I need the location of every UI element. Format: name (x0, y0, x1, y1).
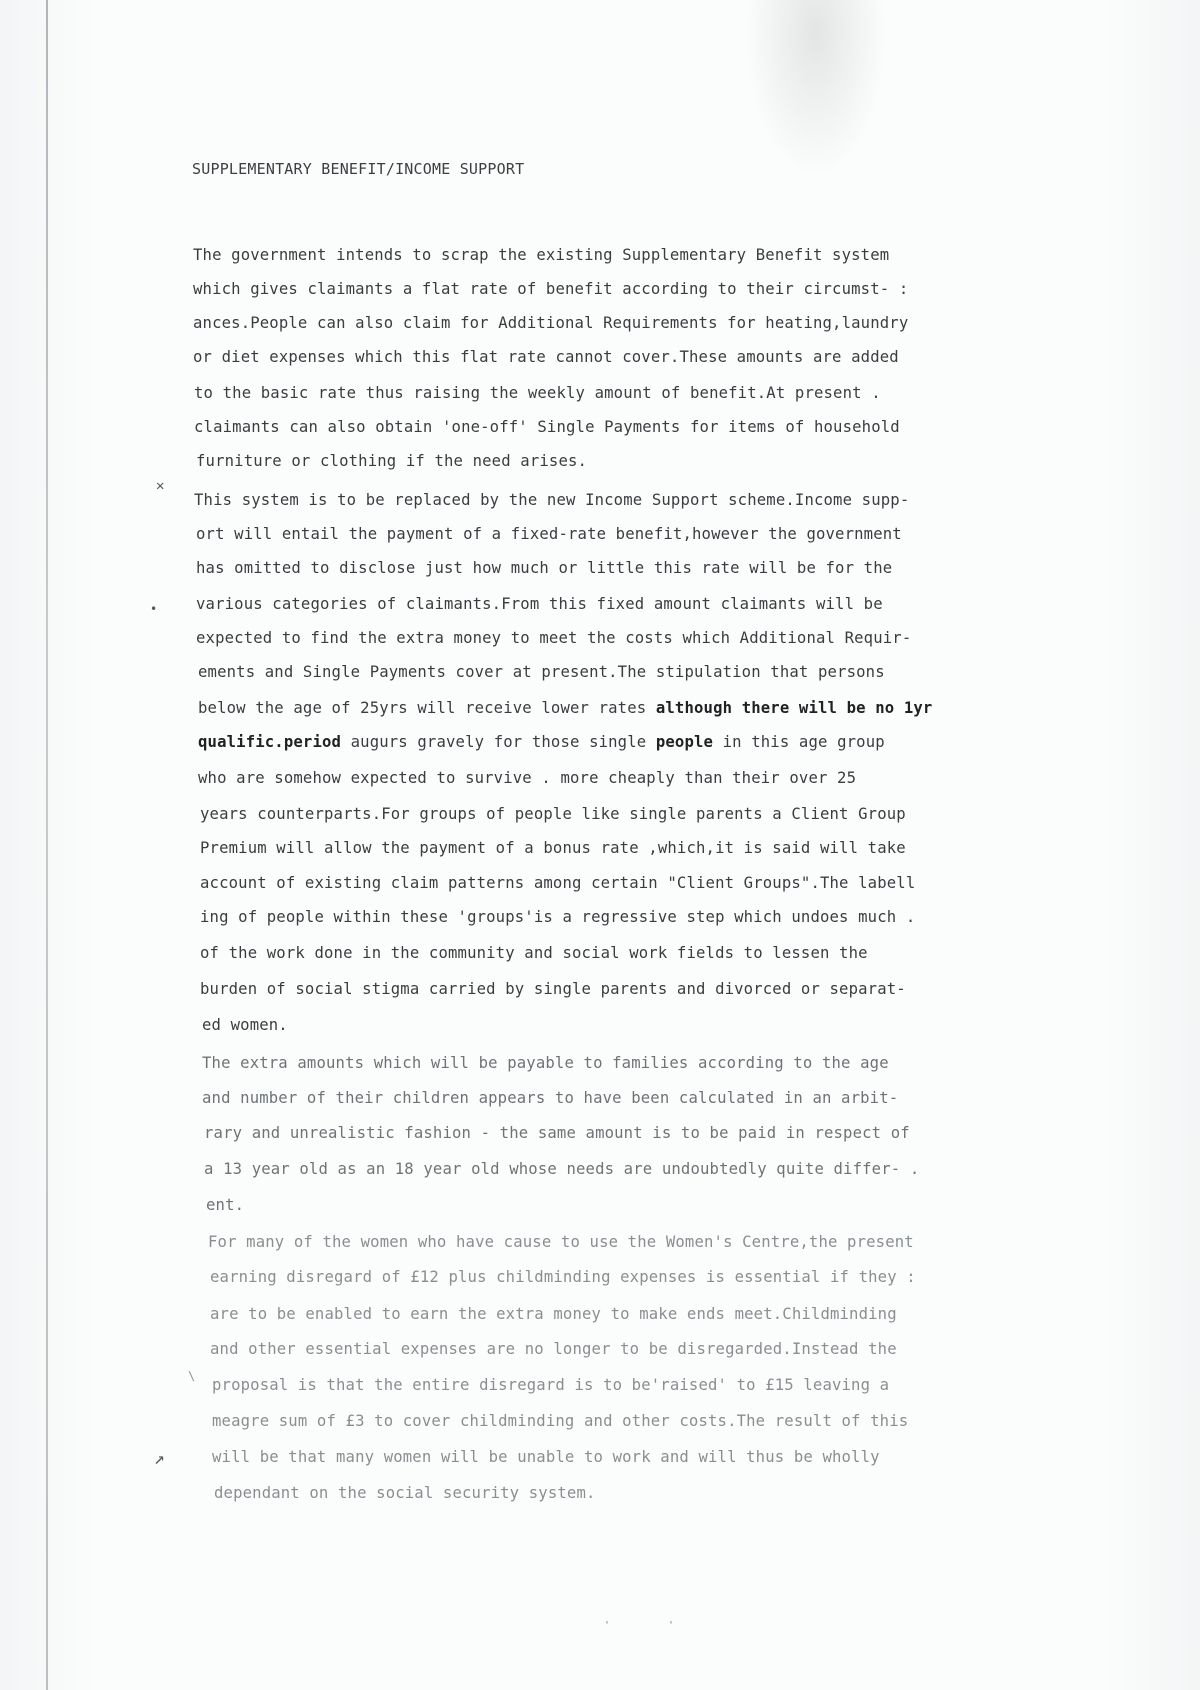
text-line: below the age of 25yrs will receive lowe… (198, 699, 932, 717)
text-segment: ing of people within these 'groups'is a … (200, 908, 915, 926)
text-segment: account of existing claim patterns among… (200, 874, 915, 892)
text-line: a 13 year old as an 18 year old whose ne… (204, 1160, 919, 1178)
text-segment: a 13 year old as an 18 year old whose ne… (204, 1160, 919, 1178)
text-segment: The government intends to scrap the exis… (193, 246, 889, 264)
text-line: ent. (206, 1196, 244, 1214)
text-segment: or diet expenses which this flat rate ca… (193, 348, 899, 366)
text-line: claimants can also obtain 'one-off' Sing… (194, 418, 900, 436)
text-line: The government intends to scrap the exis… (193, 246, 889, 264)
text-segment: ements and Single Payments cover at pres… (198, 663, 885, 681)
text-line: Premium will allow the payment of a bonu… (200, 839, 906, 857)
text-segment: ent. (206, 1196, 244, 1214)
punch-mark-icon: ' (604, 1620, 610, 1631)
text-segment: claimants can also obtain 'one-off' Sing… (194, 418, 900, 436)
text-segment: will be that many women will be unable t… (212, 1448, 880, 1466)
text-line: has omitted to disclose just how much or… (196, 559, 892, 577)
punch-mark-icon: ' (668, 1620, 674, 1631)
text-segment: are to be enabled to earn the extra mone… (210, 1305, 897, 1323)
text-line: ing of people within these 'groups'is a … (200, 908, 915, 926)
text-line: or diet expenses which this flat rate ca… (193, 348, 899, 366)
text-segment: earning disregard of £12 plus childmindi… (210, 1268, 916, 1286)
text-segment: dependant on the social security system. (214, 1484, 596, 1502)
text-line: furniture or clothing if the need arises… (196, 452, 587, 470)
text-segment: For many of the women who have cause to … (208, 1233, 914, 1251)
text-line: ort will entail the payment of a fixed-r… (196, 525, 902, 543)
emphasized-text: people (656, 733, 713, 751)
text-segment: ances.People can also claim for Addition… (193, 314, 908, 332)
emphasized-text: although there will be no 1yr (656, 699, 933, 717)
text-line: The extra amounts which will be payable … (202, 1054, 889, 1072)
text-line: are to be enabled to earn the extra mone… (210, 1305, 897, 1323)
text-line: of the work done in the community and so… (200, 944, 868, 962)
text-line: will be that many women will be unable t… (212, 1448, 880, 1466)
text-segment: burden of social stigma carried by singl… (200, 980, 906, 998)
text-line: meagre sum of £3 to cover childminding a… (212, 1412, 908, 1430)
text-line: burden of social stigma carried by singl… (200, 980, 906, 998)
text-segment: Premium will allow the payment of a bonu… (200, 839, 906, 857)
document-title: SUPPLEMENTARY BENEFIT/INCOME SUPPORT (192, 160, 524, 178)
text-line: account of existing claim patterns among… (200, 874, 915, 892)
emphasized-text: qualific.period (198, 733, 341, 751)
text-segment: who are somehow expected to survive . mo… (198, 769, 856, 787)
scanned-page: SUPPLEMENTARY BENEFIT/INCOME SUPPORT The… (0, 0, 1200, 1690)
text-segment: in this age group (713, 733, 885, 751)
dot-mark-icon: • (150, 602, 157, 616)
text-line: expected to find the extra money to meet… (196, 629, 911, 647)
text-segment: furniture or clothing if the need arises… (196, 452, 587, 470)
text-segment: has omitted to disclose just how much or… (196, 559, 892, 577)
text-line: and other essential expenses are no long… (210, 1340, 897, 1358)
text-segment: proposal is that the entire disregard is… (212, 1376, 889, 1394)
text-segment: ort will entail the payment of a fixed-r… (196, 525, 902, 543)
text-line: dependant on the social security system. (214, 1484, 596, 1502)
text-line: rary and unrealistic fashion - the same … (204, 1124, 910, 1142)
text-line: various categories of claimants.From thi… (196, 595, 883, 613)
text-line: years counterparts.For groups of people … (200, 805, 906, 823)
text-segment: The extra amounts which will be payable … (202, 1054, 889, 1072)
text-line: ements and Single Payments cover at pres… (198, 663, 885, 681)
text-segment: years counterparts.For groups of people … (200, 805, 906, 823)
text-line: For many of the women who have cause to … (208, 1233, 914, 1251)
text-line: which gives claimants a flat rate of ben… (193, 280, 908, 298)
text-segment: and other essential expenses are no long… (210, 1340, 897, 1358)
text-line: ed women. (202, 1016, 288, 1034)
text-segment: This system is to be replaced by the new… (194, 491, 909, 509)
text-line: who are somehow expected to survive . mo… (198, 769, 856, 787)
text-line: ances.People can also claim for Addition… (193, 314, 908, 332)
page-edge-shadow (46, 0, 48, 1690)
cross-mark-icon: ✕ (156, 478, 164, 494)
text-segment: expected to find the extra money to meet… (196, 629, 911, 647)
text-segment: and number of their children appears to … (202, 1089, 898, 1107)
text-segment: meagre sum of £3 to cover childminding a… (212, 1412, 908, 1430)
text-line: and number of their children appears to … (202, 1089, 898, 1107)
text-segment: various categories of claimants.From thi… (196, 595, 883, 613)
text-line: earning disregard of £12 plus childmindi… (210, 1268, 916, 1286)
text-line: to the basic rate thus raising the weekl… (194, 384, 881, 402)
text-segment: which gives claimants a flat rate of ben… (193, 280, 908, 298)
text-segment: of the work done in the community and so… (200, 944, 868, 962)
text-segment: ed women. (202, 1016, 288, 1034)
text-line: qualific.period augurs gravely for those… (198, 733, 885, 751)
arrow-mark-icon: ↗ (154, 1448, 165, 1469)
text-segment: below the age of 25yrs will receive lowe… (198, 699, 656, 717)
text-segment: to the basic rate thus raising the weekl… (194, 384, 881, 402)
text-line: proposal is that the entire disregard is… (212, 1376, 889, 1394)
text-segment: rary and unrealistic fashion - the same … (204, 1124, 910, 1142)
text-line: This system is to be replaced by the new… (194, 491, 909, 509)
tick-mark-icon: \ (188, 1369, 195, 1383)
text-segment: augurs gravely for those single (341, 733, 656, 751)
